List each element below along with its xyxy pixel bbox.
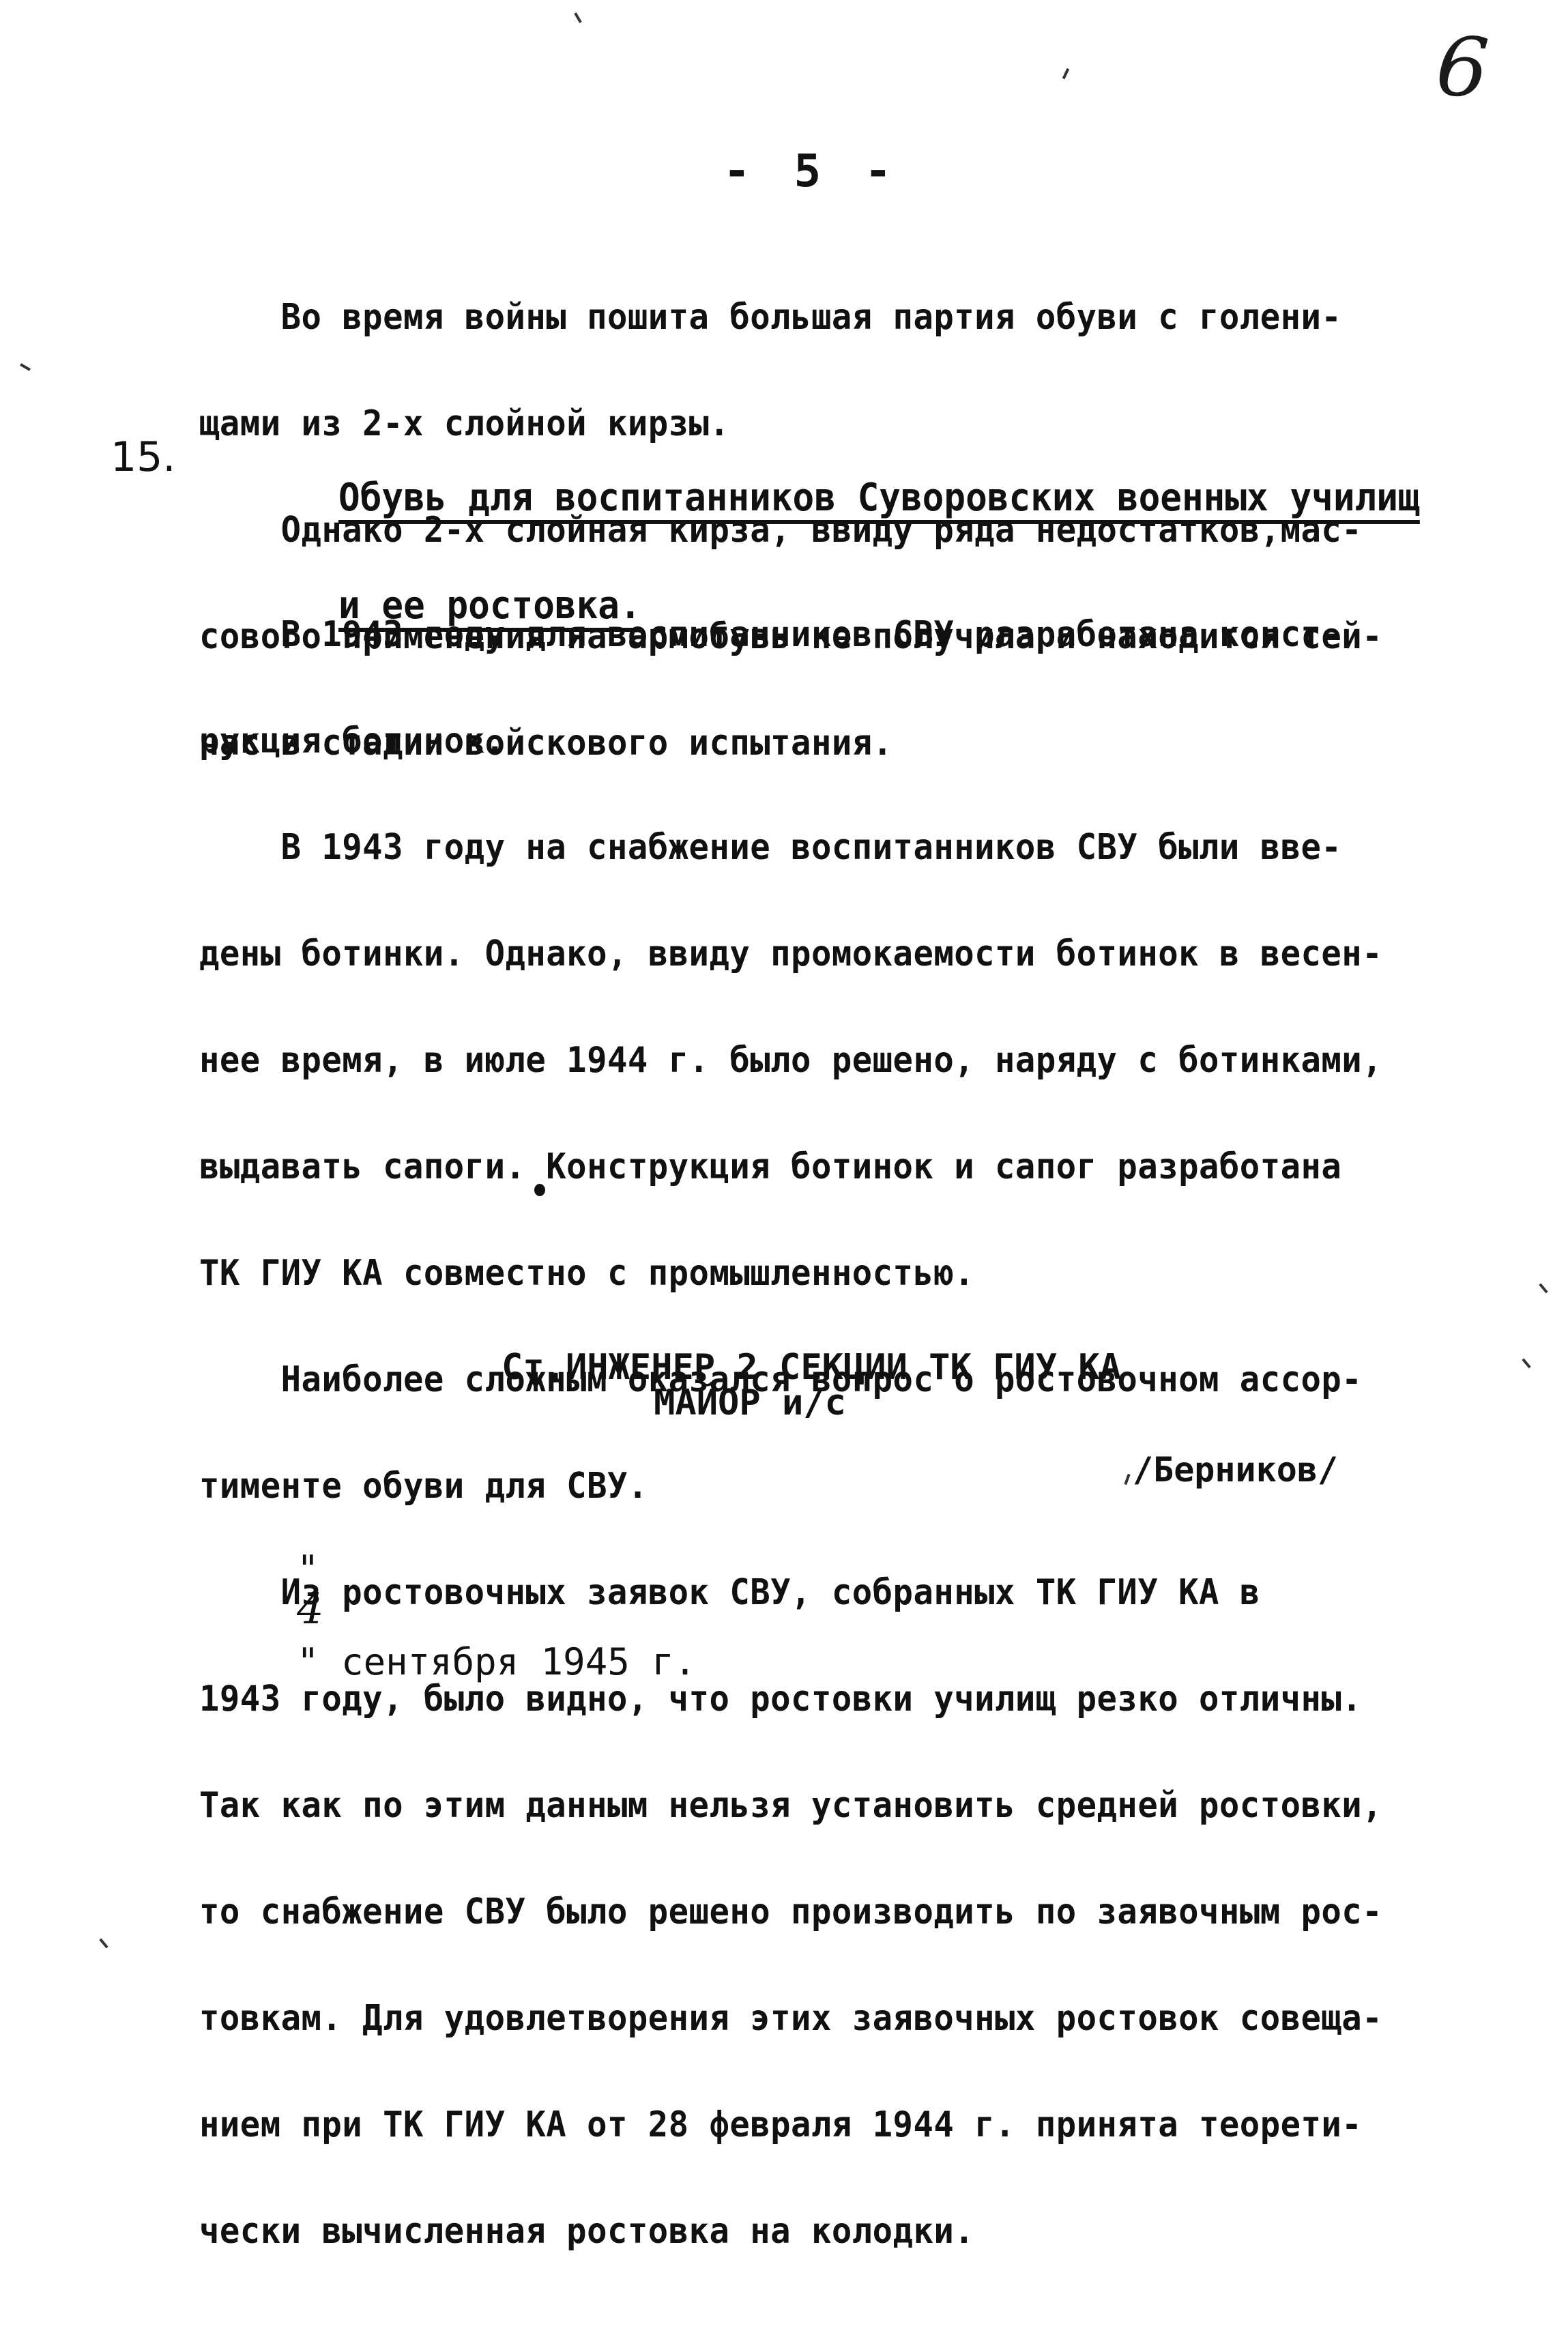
document-date: " 4 " сентября 1945 г. [208, 1505, 696, 1726]
text-line: чески вычисленная ростовка на колодки. [199, 2214, 1444, 2249]
signature-name: /Берников/ [1133, 1450, 1338, 1490]
typed-page-number: - 5 - [723, 149, 900, 194]
section-number: 15. [111, 437, 175, 478]
signature-position-line-1: Ст.ИНЖЕНЕР 2 СЕКЦИИ ТК ГИУ КА [0, 1350, 1568, 1385]
text-line: Так как по этим данным нельзя установить… [199, 1788, 1444, 1823]
signature-position-line-2: МАЙОР и/с [0, 1385, 1534, 1421]
text-line: дены ботинки. Однако, ввиду промокаемост… [199, 936, 1444, 972]
scan-speck [1539, 1283, 1548, 1294]
scan-speck [1062, 68, 1069, 79]
text-line: В 1943 году для воспитанников СВУ разраб… [199, 617, 1444, 652]
text-line: нее время, в июле 1944 г. было решено, н… [199, 1043, 1444, 1078]
text-line: нием при ТК ГИУ КА от 28 февраля 1944 г.… [199, 2107, 1444, 2143]
ink-dot [534, 1184, 545, 1196]
scan-speck [99, 1939, 108, 1949]
date-day-handwritten: 4 [297, 1584, 323, 1634]
text-line: то снабжение СВУ было решено производить… [199, 1894, 1444, 1930]
text-line: рукция ботинок. [199, 723, 1444, 759]
section-body: В 1943 году для воспитанников СВУ разраб… [199, 546, 1523, 2320]
text-line: Во время войны пошита большая партия обу… [199, 300, 1444, 335]
text-line: В 1943 году на снабжение воспитанников С… [199, 830, 1444, 865]
section-title-line: Обувь для воспитанников Суворовских воен… [338, 478, 1420, 524]
handwritten-page-number: 6 [1434, 25, 1492, 111]
scan-speck [574, 12, 581, 23]
document-page: 6 - 5 - Во время войны пошита большая па… [0, 0, 1568, 2350]
date-close-quote: " [297, 1640, 319, 1683]
date-month-year: сентября 1945 г. [319, 1640, 697, 1683]
text-line: выдавать сапоги. Конструкция ботинок и с… [199, 1149, 1444, 1185]
text-line: товкам. Для удовлетворения этих заявочны… [199, 2001, 1444, 2036]
text-line: ТК ГИУ КА совместно с промышленностью. [199, 1256, 1444, 1291]
scan-speck [20, 363, 31, 371]
